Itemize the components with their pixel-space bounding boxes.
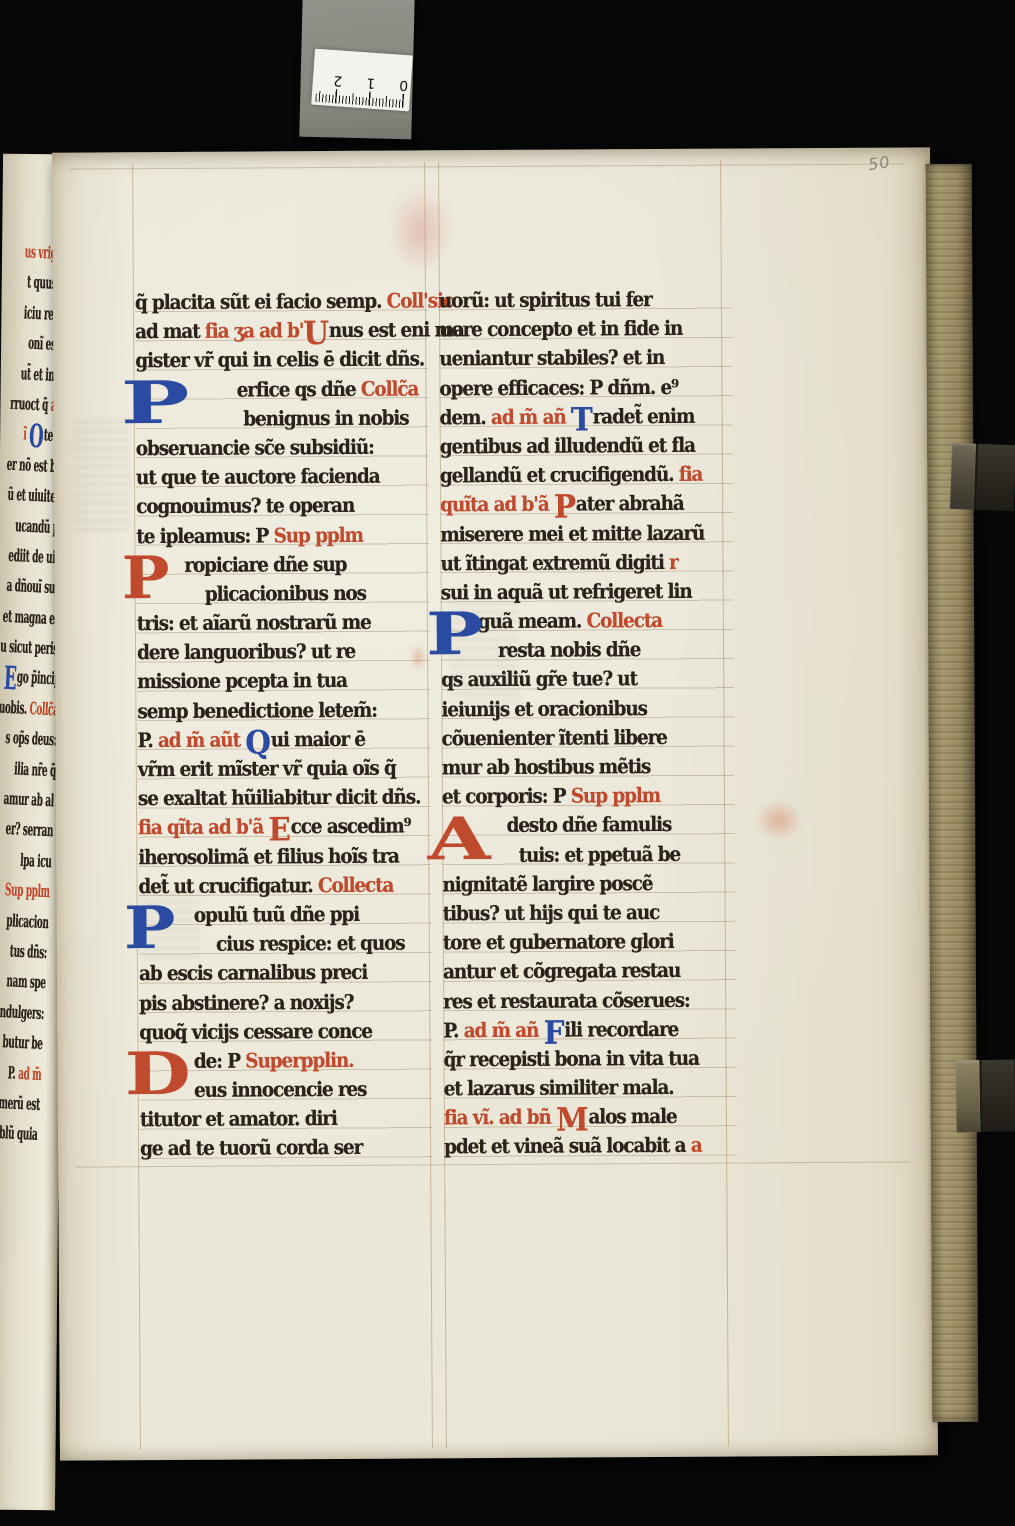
text-run: nam spe: [6, 972, 46, 994]
text-line: ut ĩtingat extremũ digiti r: [440, 547, 733, 578]
text-run: cognouimus? te operan: [136, 493, 354, 518]
text-line: fia qĩta ad b'ã Ecce ascedim⁹: [138, 812, 431, 843]
illuminated-initial: P: [426, 604, 483, 663]
text-run: ad mat: [135, 319, 205, 343]
clasp-hinge: [950, 443, 978, 510]
text-line: ut que te auctore facienda: [136, 462, 429, 493]
text-run: fia vĩ. ad bñ: [444, 1105, 556, 1130]
edge-text-line: s op̃s deus:: [0, 723, 58, 756]
text-run: blũ quia: [0, 1123, 38, 1145]
text-run: se exaltat hũiliabitur dicit dñs.: [138, 785, 421, 811]
edge-text-line: nam spe: [0, 966, 46, 999]
text-run: rruoct q̃: [10, 394, 52, 416]
text-run: q̃ placita sũt ei facio semp.: [135, 289, 387, 315]
text-line: det̃ ut crucifigatur. Collecta: [138, 870, 431, 901]
text-run: Collc̃a: [361, 376, 419, 400]
text-run: cce ascedim⁹: [291, 814, 411, 839]
text-line: q̃ placita sũt ei facio semp. Coll'sic: [135, 286, 428, 317]
text-run: Superpplin.: [245, 1048, 353, 1073]
edge-text-line: tus dñs:: [0, 935, 48, 968]
text-run: quĩta ad b'ã: [440, 492, 554, 517]
text-line: iherosolimã et filius hoĩs tra: [138, 841, 431, 872]
edge-text-wrap: ilia nr̃e q̃: [13, 754, 56, 786]
text-line: titutor et amator. diri: [140, 1104, 433, 1135]
text-run: s op̃s deus:: [6, 728, 58, 750]
edge-text-wrap: amur ab al: [3, 784, 55, 817]
text-run: ropiciare dñe sup: [184, 552, 346, 577]
text-run: ad m̃ añ: [464, 1017, 544, 1041]
text-run: ieiunijs et oracionibus: [441, 696, 647, 721]
edge-text-wrap: nam spe: [5, 967, 46, 999]
text-run: Sup pplm: [571, 783, 660, 808]
text-line: dem. ad m̃ añ Tradet̃ enim: [440, 401, 733, 432]
manuscript-photo: 0 1 2 us vrig capl't quus maliiciu redde…: [0, 0, 1015, 1526]
text-line: ad mat fia ʒa ad b'Unus est eni ma: [135, 316, 428, 347]
edge-text-wrap: s op̃s deus:: [5, 723, 58, 756]
text-line: ieiunijs et oracionibus: [441, 693, 734, 724]
text-run: er? serran: [5, 819, 53, 841]
text-run: vr̃m erit mĩster vr̃ quia oĩs q̃: [138, 756, 396, 782]
edge-text-wrap: lpa icu: [19, 846, 52, 878]
text-run: erfice qs dñe: [237, 376, 361, 401]
text-line: cõuenienter ĩtenti libere: [442, 722, 735, 753]
text-run: tore et gubernatore glori: [443, 929, 674, 954]
text-run: ater abrahã: [576, 491, 684, 516]
text-run: dem.: [440, 405, 491, 429]
text-run: P.: [7, 1063, 18, 1083]
text-run: radet̃ enim: [593, 404, 695, 429]
text-run: desto dñe famulis: [506, 812, 671, 837]
text-run: pdet et vineã suã locabit a: [444, 1133, 691, 1159]
text-run: ad m̃ añ: [491, 404, 571, 428]
text-line: obseruancie sc̃e subsidiũ:: [136, 432, 429, 463]
text-run: antur et cõgregata restau: [443, 958, 680, 983]
text-run: cõuenienter ĩtenti libere: [442, 725, 667, 750]
text-run: go p̃incip: [16, 668, 60, 690]
text-line: miserere mei et mitte lazarũ: [440, 518, 733, 549]
text-line: ab escis carnalibus preci: [139, 958, 432, 989]
text-line: uore concepto et in fide in: [439, 314, 732, 345]
illuminated-initial: P: [121, 372, 190, 431]
text-run: semp benedictione letem̃:: [137, 697, 377, 722]
text-line: tibus? ut hijs qui te auc: [443, 897, 736, 928]
text-line: sui in aquã ut refrigeret lin: [441, 576, 734, 607]
illuminated-initial: P: [124, 898, 176, 957]
edge-text-wrap: plicacion: [5, 906, 49, 938]
book-fore-edge: [926, 164, 979, 1422]
text-line: ge ad te tuorũ corda ser: [140, 1133, 433, 1164]
text-run: gellandũ et crucifigendũ.: [440, 462, 679, 487]
text-run: miserere mei et mitte lazarũ: [440, 520, 704, 546]
text-line: vr̃m erit mĩster vr̃ quia oĩs q̃: [138, 753, 431, 784]
edge-text-line: ndulgers:: [0, 996, 45, 1029]
text-run: ui maior ē: [271, 727, 365, 752]
text-line: ropiciare dñe sup: [136, 549, 429, 580]
edge-text-wrap: Sup pplm: [4, 875, 50, 908]
text-run: fia: [679, 462, 703, 486]
text-run: ad m̃ aũt: [158, 727, 245, 752]
text-run: ut que te auctore facienda: [136, 464, 380, 489]
text-run: benignus in nobis: [243, 405, 408, 430]
text-run: guã meam.: [478, 608, 587, 633]
manuscript-page: 50 q̃ placita sũt ei facio semp. Coll'si…: [52, 147, 938, 1460]
text-line: pis abstinere? a noxijs?: [139, 987, 432, 1018]
text-run: tris: et aĩarũ nostrarũ me: [137, 610, 371, 635]
text-run: gentibus ad illudendũ et fla: [440, 433, 695, 459]
text-run: ut ĩtingat extremũ digiti: [440, 550, 669, 575]
text-run: ilia nr̃e q̃: [14, 759, 57, 781]
text-line: ueniantur stabiles? et in: [439, 343, 732, 374]
text-line: semp benedictione letem̃:: [137, 695, 430, 726]
edge-text-line: butur be: [0, 1026, 43, 1059]
edge-text-line: merũ est: [0, 1087, 40, 1120]
text-line: cius respice: et quos: [139, 929, 432, 960]
text-run: q̃r recepisti bona in vita tua: [443, 1046, 698, 1072]
text-run: opere efficaces: P dñm. e⁹: [439, 374, 678, 399]
text-run: P.: [443, 1018, 463, 1042]
clasp-hinge: [955, 1060, 982, 1132]
text-run: cius respice: et quos: [216, 931, 405, 956]
edge-text-wrap: tus dñs:: [9, 936, 47, 968]
text-line: mur ab hostibus mẽtis: [442, 752, 735, 783]
text-run: fia ʒa ad b': [205, 318, 304, 343]
text-run: merũ est: [0, 1093, 40, 1115]
ink-smudge: [756, 800, 802, 840]
text-run: uore concepto et in fide in: [439, 316, 682, 341]
text-line: qs auxiliũ gr̃e tue? ut: [441, 664, 734, 695]
text-line: opere efficaces: P dñm. e⁹: [439, 372, 732, 403]
text-run: Collecta: [587, 608, 663, 632]
text-line: nignitatẽ largire poscẽ: [442, 868, 735, 899]
text-run: ge ad te tuorũ corda ser: [140, 1135, 362, 1160]
edge-text-wrap: er? serran: [5, 814, 54, 847]
text-run: P.: [138, 728, 158, 752]
text-run: pis abstinere? a noxijs?: [139, 989, 353, 1014]
edge-text-line: plicacion: [0, 905, 49, 938]
text-line: missione pcepta in tua: [137, 666, 430, 697]
ruling-horizontal-top: [70, 163, 904, 169]
text-run: res et restaurata cõserues:: [443, 987, 690, 1013]
text-line: antur et cõgregata restau: [443, 956, 736, 987]
book-clasp-top: [950, 443, 1015, 511]
text-line: pdet et vineã suã locabit a a: [444, 1131, 737, 1162]
text-run: qs auxiliũ gr̃e tue? ut: [441, 667, 637, 692]
text-run: fia qĩta ad b'ã: [138, 815, 268, 840]
text-run: amur ab al: [4, 789, 55, 811]
text-line: q̃r recepisti bona in vita tua: [443, 1043, 736, 1074]
edge-text-line: Ego p̃incip: [0, 662, 61, 695]
edge-text-wrap: butur be: [1, 1027, 43, 1059]
text-run: nignitatẽ largire poscẽ: [442, 871, 652, 896]
text-run: Collecta: [318, 872, 394, 896]
text-run: dere languoribus? ut re: [137, 639, 355, 664]
text-run: eus innocencie res: [194, 1077, 366, 1102]
text-run: u sicut perist: [0, 637, 62, 660]
text-run: Sup pplm: [273, 522, 362, 547]
text-line: resta nobis dñe: [441, 635, 734, 666]
ruler-number-1: 1: [363, 74, 378, 91]
text-line: P. ad m̃ añ Fili recordare: [443, 1014, 736, 1045]
text-run: Sup pplm: [5, 880, 51, 902]
text-run: plicacionibus nos: [205, 581, 366, 606]
ruler-number-0: 0: [396, 76, 411, 93]
book-clasp-bottom: [955, 1059, 1015, 1132]
text-line: tris: et aĩarũ nostrarũ me: [137, 607, 430, 638]
text-run: plicacion: [6, 911, 49, 933]
show-through-text: [74, 420, 131, 532]
show-through-flourish: [388, 186, 453, 274]
text-line: res et restaurata cõserues:: [443, 985, 736, 1016]
text-line: gellandũ et crucifigendũ. fia: [440, 460, 733, 491]
text-line: plicacionibus nos: [137, 578, 430, 609]
clasp-strap: [981, 1059, 1015, 1132]
text-line: guã meam. Collecta: [441, 606, 734, 637]
text-line: uorũ: ut spiritus tui fer: [439, 285, 732, 316]
text-run: resta nobis dñe: [498, 637, 640, 662]
ruler: 0 1 2: [311, 49, 413, 112]
text-run: iherosolimã et filius hoĩs tra: [138, 843, 399, 869]
illuminated-initial: D: [125, 1044, 191, 1103]
edge-text-line: Sup pplm: [0, 874, 51, 907]
edge-text-line: ilia nr̃e q̃: [0, 753, 56, 786]
text-run: ili recordare: [564, 1017, 678, 1042]
text-run: a: [691, 1133, 702, 1157]
text-line: P. ad m̃ aũt Qui maior ē: [138, 724, 431, 755]
text-run: tus dñs:: [9, 941, 47, 963]
text-run: mur ab hostibus mẽtis: [442, 754, 651, 779]
edge-text-line: amur ab al: [0, 783, 55, 816]
edge-text-wrap: uobis. Collc̃a: [0, 692, 59, 725]
illuminated-initial: P: [122, 548, 170, 607]
text-run: titutor et amator. diri: [140, 1106, 337, 1131]
edge-text-wrap: Ego p̃incip: [3, 662, 61, 695]
text-run: opulũ tuũ dñe ppi: [194, 902, 359, 927]
edge-text-line: lpa icu: [0, 844, 52, 877]
text-line: fia vĩ. ad bñ Malos male: [444, 1102, 737, 1133]
text-line: opulũ tuũ dñe ppi: [139, 899, 432, 930]
folio-number: 50: [867, 152, 892, 174]
text-line: te ipleamus: P Sup pplm: [136, 520, 429, 551]
text-run: ad m̃: [17, 1063, 41, 1084]
edge-text-wrap: ndulgers:: [0, 997, 45, 1030]
text-run: r: [669, 550, 678, 574]
ruler-number-2: 2: [330, 72, 345, 89]
edge-text-wrap: merũ est: [0, 1088, 40, 1120]
edge-text-wrap: P. ad m̃: [7, 1058, 42, 1090]
edge-text-line: uobis. Collc̃a: [0, 692, 59, 725]
text-run: obseruancie sc̃e subsidiũ:: [136, 435, 374, 460]
text-line: et lazarus similiter mala.: [444, 1073, 737, 1104]
text-line: quĩta ad b'ã Pater abrahã: [440, 489, 733, 520]
edge-text-line: er? serran: [0, 814, 53, 847]
text-column-left: q̃ placita sũt ei facio semp. Coll'sicad…: [135, 286, 433, 1163]
text-run: uobis.: [0, 697, 30, 718]
text-line: se exaltat hũiliabitur dicit dñs.: [138, 783, 431, 814]
edge-text-line: blũ quia: [0, 1117, 39, 1150]
text-column-right: uorũ: ut spiritus tui feruore concepto e…: [439, 285, 737, 1162]
text-run: et lazarus similiter mala.: [444, 1075, 674, 1100]
text-line: cognouimus? te operan: [136, 491, 429, 522]
text-line: dere languoribus? ut re: [137, 637, 430, 668]
text-run: tuis: et ppetuã be: [519, 841, 681, 866]
text-line: gentibus ad illudendũ et fla: [440, 430, 733, 461]
illuminated-initial: A: [427, 809, 490, 868]
text-run: ueniantur stabiles? et in: [439, 345, 664, 370]
text-run: alos male: [588, 1104, 676, 1129]
text-run: tibus? ut hijs qui te auc: [443, 900, 660, 925]
text-run: ndulgers:: [0, 1002, 44, 1024]
text-run: lpa icu: [19, 851, 51, 873]
clasp-strap: [976, 444, 1015, 511]
text-run: de: P: [194, 1048, 246, 1072]
text-run: missione pcepta in tua: [137, 668, 347, 693]
text-line: tore et gubernatore glori: [443, 927, 736, 958]
text-run: butur be: [2, 1032, 43, 1054]
text-run: ab escis carnalibus preci: [139, 960, 367, 985]
edge-text-wrap: blũ quia: [0, 1118, 39, 1150]
text-run: uorũ: ut spiritus tui fer: [439, 287, 652, 312]
edge-text-line: P. ad m̃: [0, 1057, 42, 1090]
